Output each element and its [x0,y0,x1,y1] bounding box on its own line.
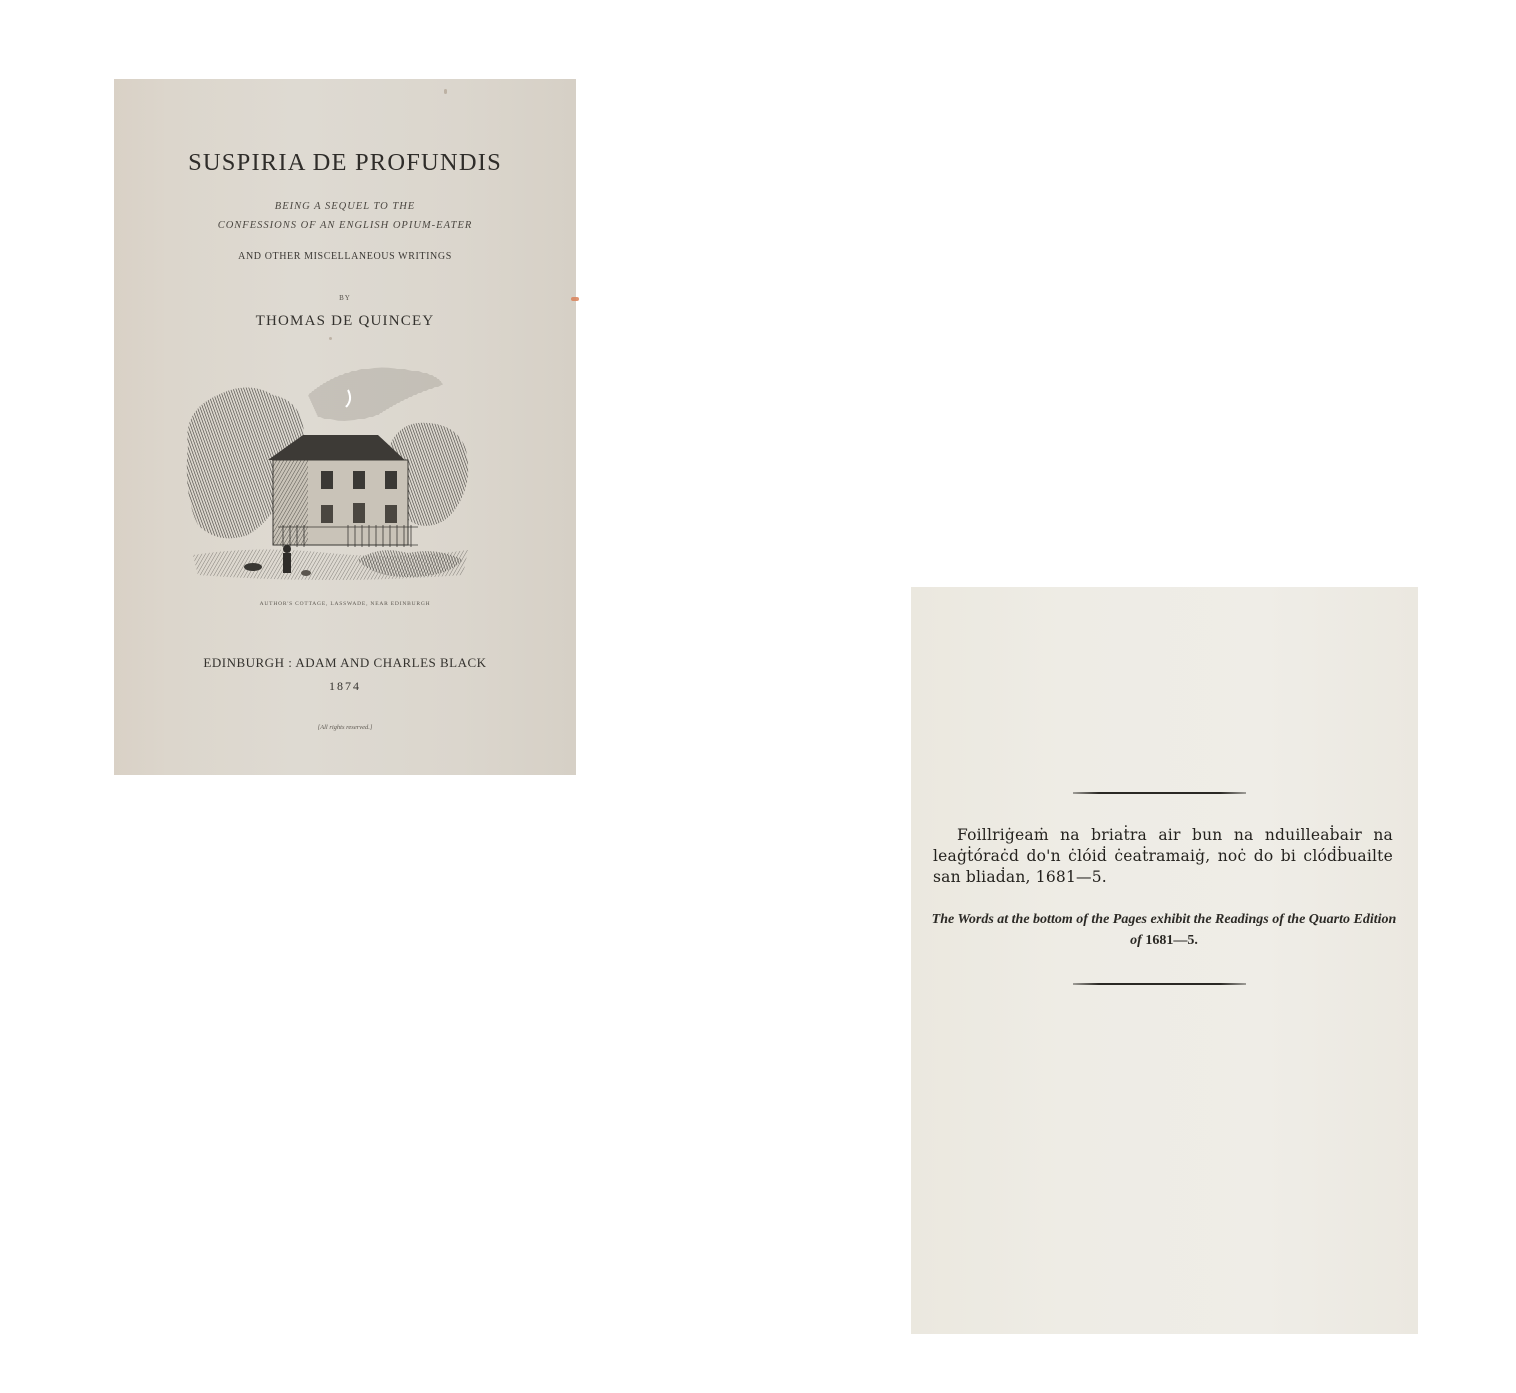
publisher-imprint: EDINBURGH : ADAM AND CHARLES BLACK [114,655,576,671]
subtitle-line-1: BEING A SEQUEL TO THE [114,201,576,212]
publication-year: 1874 [114,679,576,694]
by-line: BY [114,294,576,302]
subtitle-line-2: CONFESSIONS OF AN ENGLISH OPIUM-EATER [114,220,576,231]
paper-speck [444,89,447,94]
gaelic-notice: Foillriġeaṁ na briaṫra air bun na nduill… [933,825,1393,888]
notice-page: Foillriġeaṁ na briaṫra air bun na nduill… [911,587,1418,1334]
paper-speck [329,337,332,340]
cottage-engraving [178,355,478,595]
english-notice: The Words at the bottom of the Pages exh… [929,909,1399,951]
bottom-rule [1073,983,1246,985]
title-page: SUSPIRIA DE PROFUNDIS BEING A SEQUEL TO … [114,79,576,775]
other-writings-line: AND OTHER MISCELLANEOUS WRITINGS [114,251,576,262]
author-name: THOMAS DE QUINCEY [114,313,576,330]
illustration-caption: AUTHOR'S COTTAGE, LASSWADE, NEAR EDINBUR… [114,601,576,607]
top-rule [1073,792,1246,794]
book-title: SUSPIRIA DE PROFUNDIS [114,149,576,177]
edition-years: 1681—5. [1145,933,1198,948]
rights-notice: [All rights reserved.] [114,724,576,731]
